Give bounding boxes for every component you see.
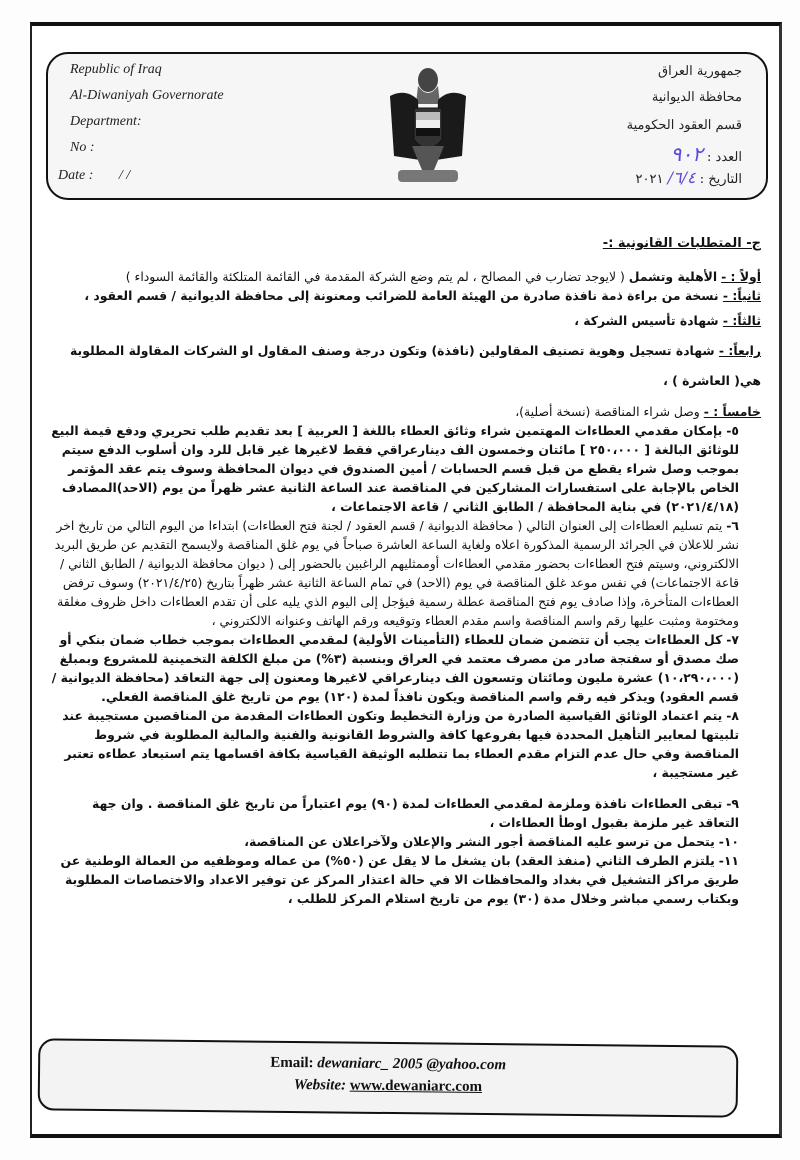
numbered-clause-8: ٨- يتم اعتماد الوثائق القياسية الصادرة م… — [50, 706, 761, 782]
clause-1: أولاً : - الأهلية وتشمل ( لايوجد تضارب ف… — [50, 267, 761, 286]
clause-5: خامساً : - وصل شراء المناقصة (نسخة أصلية… — [50, 402, 761, 421]
numbered-clause-6: ٦- يتم تسليم العطاءات إلى العنوان التالي… — [50, 516, 761, 630]
clause-2: ثانياً: - نسخة من براءة ذمة نافذة صادرة … — [50, 286, 761, 305]
clause-label: ثانياً: - — [723, 288, 761, 303]
clause-text: يتم اعتماد الوثائق القياسية الصادرة من و… — [62, 708, 739, 780]
clause-text: نسخة من براءة ذمة نافذة صادرة من الهيئة … — [84, 288, 718, 303]
clause-text: يلتزم الطرف الثاني (منفذ العقد) بان يشغل… — [61, 853, 739, 906]
english-country: Republic of Iraq — [70, 62, 162, 78]
numbered-clause-5: ٥- بإمكان مقدمي العطاءات المهتمين شراء و… — [50, 421, 761, 516]
english-date-label: Date : — [58, 168, 93, 183]
clause-label: خامساً : - — [704, 404, 761, 419]
clause-number: ١١- — [719, 853, 739, 868]
clause-label: أولاً : - — [721, 269, 761, 284]
arabic-date-row: التاريخ : ٦/٤/ ٢٠٢١ — [636, 168, 742, 187]
clause-text: يتحمل من ترسو عليه المناقصة أجور النشر و… — [244, 834, 714, 849]
clause-text: وصل شراء المناقصة (نسخة أصلية)، — [515, 404, 700, 419]
clause-number: ٩- — [726, 796, 739, 811]
website-label: Website: — [294, 1077, 346, 1094]
footer-website-row: Website: www.dewaniarc.com — [40, 1074, 736, 1098]
clause-number: ٧- — [726, 632, 739, 647]
clause-text: يتم تسليم العطاءات إلى العنوان التالي ( … — [55, 518, 739, 628]
numbered-clause-7: ٧- كل العطاءات يجب أن تتضمن ضمان للعطاء … — [50, 630, 761, 706]
clause-text: كل العطاءات يجب أن تتضمن ضمان للعطاء (ال… — [52, 632, 739, 704]
arabic-date-label: التاريخ : — [700, 172, 742, 187]
footer-contact-box: Email: dewaniarc_ 2005 @yahoo.com Websit… — [38, 1038, 739, 1117]
website-link[interactable]: www.dewaniarc.com — [350, 1078, 482, 1095]
clause-text: شهادة تسجيل وهوية تصنيف المقاولين (نافذة… — [70, 343, 761, 388]
clause-4: رابعاً: - شهادة تسجيل وهوية تصنيف المقاو… — [50, 336, 761, 396]
footer-email-row: Email: dewaniarc_ 2005 @yahoo.com — [40, 1052, 736, 1076]
english-date-row: Date : / / — [58, 168, 130, 184]
english-date-blank: / / — [119, 168, 130, 183]
arabic-date-handwritten: ٦/٤/ — [668, 168, 696, 187]
numbered-clause-9: ٩- تبقى العطاءات نافذة وملزمة لمقدمي الع… — [50, 794, 761, 832]
english-number-label: No : — [70, 140, 95, 156]
iraq-eagle-emblem-icon — [382, 60, 474, 188]
clause-text: شهادة تأسيس الشركة ، — [574, 313, 718, 328]
english-department-label: Department: — [70, 114, 142, 130]
section-title: ج- المتطلبات القانونية :- — [50, 234, 761, 253]
clause-number: ١٠- — [719, 834, 739, 849]
arabic-date-year: ٢٠٢١ — [636, 172, 664, 187]
email-label: Email: — [270, 1055, 314, 1071]
clause-label: ثالثاً: - — [723, 313, 761, 328]
clause-number: ٨- — [726, 708, 739, 723]
clause-text: ( لايوجد تضارب في المصالح ، لم يتم وضع ا… — [126, 269, 625, 284]
clause-text: تبقى العطاءات نافذة وملزمة لمقدمي العطاء… — [92, 796, 739, 830]
clause-number: ٥- — [726, 423, 739, 438]
clause-number: ٦- — [726, 518, 739, 533]
clause-3: ثالثاً: - شهادة تأسيس الشركة ، — [50, 311, 761, 330]
arabic-department: قسم العقود الحكومية — [627, 118, 742, 133]
clause-text: بإمكان مقدمي العطاءات المهتمين شراء وثائ… — [51, 423, 739, 514]
numbered-clause-11: ١١- يلتزم الطرف الثاني (منفذ العقد) بان … — [50, 851, 761, 908]
clause-text-bold: الأهلية وتشمل — [629, 269, 717, 284]
arabic-governorate: محافظة الديوانية — [652, 90, 742, 105]
arabic-number-label: العدد : — [707, 150, 742, 165]
arabic-number-row: العدد : ٩٠٢ — [671, 142, 742, 166]
arabic-number-value: ٩٠٢ — [671, 142, 703, 166]
arabic-country: جمهورية العراق — [658, 64, 742, 79]
english-governorate: Al-Diwaniyah Governorate — [70, 88, 224, 104]
numbered-clause-10: ١٠- يتحمل من ترسو عليه المناقصة أجور الن… — [50, 832, 761, 851]
email-link[interactable]: dewaniarc_ 2005 @yahoo.com — [317, 1055, 506, 1073]
document-frame: Republic of Iraq Al-Diwaniyah Governorat… — [30, 22, 782, 1138]
letterhead: Republic of Iraq Al-Diwaniyah Governorat… — [46, 52, 768, 200]
document-body: ج- المتطلبات القانونية :- أولاً : - الأه… — [50, 234, 761, 908]
clause-label: رابعاً: - — [719, 343, 761, 358]
